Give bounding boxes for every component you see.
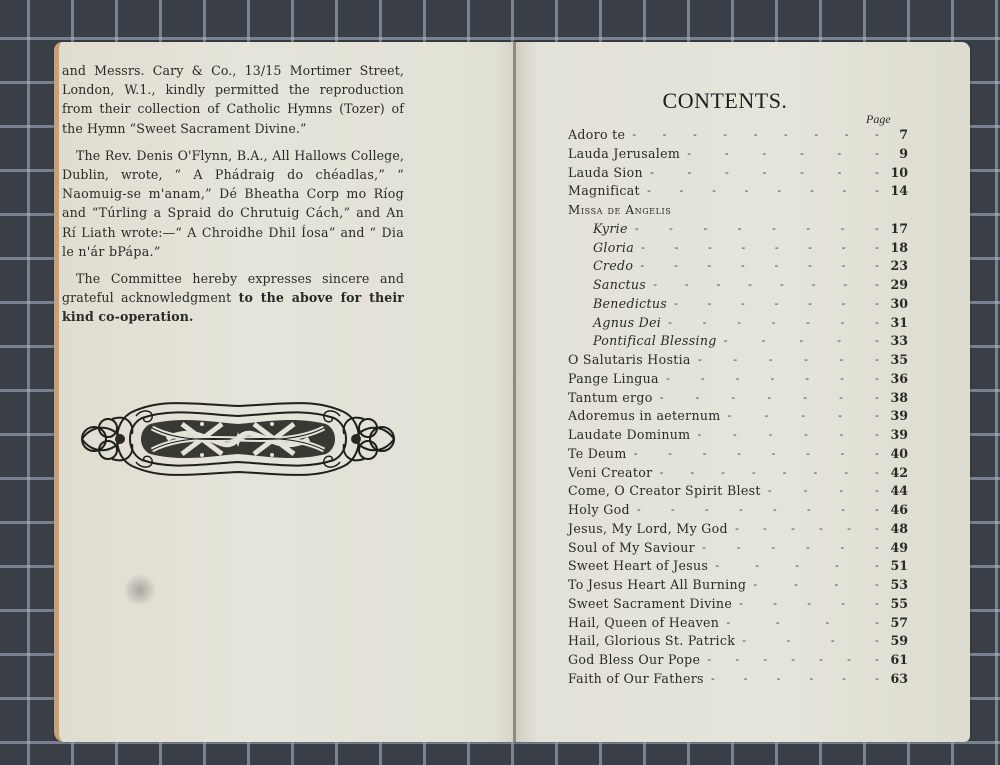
celtic-knot-ornament-icon (72, 394, 404, 484)
toc-entry[interactable]: Adoremus in aeternum ----- 39 (568, 407, 908, 426)
toc-entry-page: 63 (886, 670, 908, 689)
toc-entry-title: Veni Creator (568, 464, 652, 483)
toc-entry-page: 29 (886, 276, 908, 295)
toc-leader-dots: ----- (738, 595, 880, 614)
toc-entry-page: 35 (886, 351, 908, 370)
toc-leader-dots: -------- (636, 501, 880, 520)
toc-subentry[interactable]: Sanctus -------- 29 (568, 276, 908, 295)
toc-entry-title: Gloria (593, 239, 634, 258)
toc-leader-dots: ----- (727, 407, 880, 426)
toc-leader-dots: ----- (714, 557, 880, 576)
toc-entry[interactable]: Tantum ergo ------- 38 (568, 389, 908, 408)
toc-leader-dots: -------- (634, 220, 880, 239)
toc-entry-title: Magnificat (568, 182, 640, 201)
toc-leader-dots: ------- (649, 164, 880, 183)
toc-subentry[interactable]: Pontifical Blessing ----- 33 (568, 332, 908, 351)
contents-heading: CONTENTS. (615, 88, 835, 114)
toc-entry-page: 17 (886, 220, 908, 239)
toc-entry[interactable]: Te Deum -------- 40 (568, 445, 908, 464)
toc-entry[interactable]: Hail, Glorious St. Patrick ---- 59 (568, 632, 908, 651)
toc-subentry[interactable]: Credo -------- 23 (568, 257, 908, 276)
toc-entry[interactable]: Sweet Heart of Jesus ----- 51 (568, 557, 908, 576)
toc-leader-dots: ------- (673, 295, 880, 314)
toc-entry[interactable]: Pange Lingua ------- 36 (568, 370, 908, 389)
page-column-label: Page (866, 112, 891, 127)
toc-entry[interactable]: O Salutaris Hostia ------ 35 (568, 351, 908, 370)
toc-entry-title: Hail, Queen of Heaven (568, 614, 719, 633)
toc-entry-page: 23 (886, 257, 908, 276)
irish-title-2: “Túrling a Spraid do Chrutuig Cách,” (92, 205, 350, 220)
paragraph-2-connector: and (350, 205, 386, 220)
toc-entry-title: Sanctus (593, 276, 646, 295)
toc-entry[interactable]: Laudate Dominum ------ 39 (568, 426, 908, 445)
toc-entry-title: Come, O Creator Spirit Blest (568, 482, 761, 501)
toc-leader-dots: -------- (652, 276, 880, 295)
paragraph-2-connector: wrote:— (116, 225, 175, 240)
toc-entry-title: Adoro te (568, 126, 625, 145)
toc-leader-dots: --------- (631, 126, 880, 145)
toc-entry[interactable]: Lauda Sion ------- 10 (568, 164, 908, 183)
toc-entry-title: Laudate Dominum (568, 426, 690, 445)
toc-entry[interactable]: To Jesus Heart All Burning ---- 53 (568, 576, 908, 595)
toc-entry-title: Lauda Sion (568, 164, 643, 183)
toc-entry-title: Lauda Jerusalem (568, 145, 680, 164)
book-gutter (513, 42, 516, 742)
toc-entry-page: 49 (886, 539, 908, 558)
toc-leader-dots: ---- (741, 632, 880, 651)
toc-leader-dots: ------ (697, 351, 880, 370)
toc-leader-dots: -------- (639, 257, 880, 276)
toc-leader-dots: ------- (706, 651, 880, 670)
toc-entry[interactable]: Veni Creator -------- 42 (568, 464, 908, 483)
toc-leader-dots: ------- (659, 389, 880, 408)
toc-entry-title: Sweet Heart of Jesus (568, 557, 708, 576)
toc-entry-page: 53 (886, 576, 908, 595)
toc-entry[interactable]: Jesus, My Lord, My God ------ 48 (568, 520, 908, 539)
toc-entry-title: To Jesus Heart All Burning (568, 576, 746, 595)
toc-leader-dots: -------- (633, 445, 880, 464)
toc-entry-title: Jesus, My Lord, My God (568, 520, 728, 539)
toc-entry-page: 9 (886, 145, 908, 164)
toc-leader-dots: ------ (696, 426, 880, 445)
toc-entry[interactable]: God Bless Our Pope ------- 61 (568, 651, 908, 670)
toc-entry-title: Agnus Dei (593, 314, 661, 333)
toc-entry-page: 39 (886, 426, 908, 445)
toc-entry-title: Pange Lingua (568, 370, 659, 389)
toc-entry-page: 33 (886, 332, 908, 351)
toc-entry-page: 39 (886, 407, 908, 426)
toc-entry-title: O Salutaris Hostia (568, 351, 691, 370)
toc-leader-dots: ---- (725, 614, 880, 633)
toc-entry-title: Te Deum (568, 445, 627, 464)
toc-leader-dots: -------- (646, 182, 880, 201)
toc-subentry[interactable]: Gloria -------- 18 (568, 239, 908, 258)
irish-title-3: “ A Chroidhe Dhil Íosa” (175, 225, 335, 240)
toc-entry-title: Hail, Glorious St. Patrick (568, 632, 735, 651)
toc-leader-dots: ------ (734, 520, 880, 539)
toc-leader-dots: ------ (686, 145, 880, 164)
toc-entry-title: Faith of Our Fathers (568, 670, 704, 689)
toc-entry[interactable]: Soul of My Saviour ------ 49 (568, 539, 908, 558)
toc-subentry[interactable]: Agnus Dei ------- 31 (568, 314, 908, 333)
toc-entry[interactable]: Faith of Our Fathers ------ 63 (568, 670, 908, 689)
toc-entry[interactable]: Holy God -------- 46 (568, 501, 908, 520)
toc-entry-title: Credo (593, 257, 633, 276)
acknowledgment-paragraph-3: The Committee hereby expresses sincere a… (62, 269, 404, 327)
toc-entry-page: 40 (886, 445, 908, 464)
toc-entry[interactable]: Sweet Sacrament Divine ----- 55 (568, 595, 908, 614)
table-of-contents: Adoro te --------- 7 Lauda Jerusalem ---… (568, 126, 908, 689)
toc-leader-dots: -------- (640, 239, 880, 258)
toc-leader-dots: ---- (767, 482, 880, 501)
toc-entry[interactable]: Hail, Queen of Heaven ---- 57 (568, 614, 908, 633)
ink-smudge (124, 574, 156, 606)
toc-leader-dots: -------- (658, 464, 880, 483)
toc-subentry[interactable]: Benedictus ------- 30 (568, 295, 908, 314)
toc-entry-page: 42 (886, 464, 908, 483)
toc-entry-title: Holy God (568, 501, 630, 520)
toc-entry-page: 55 (886, 595, 908, 614)
toc-entry-page: 51 (886, 557, 908, 576)
toc-entry-page: 38 (886, 389, 908, 408)
toc-entry-title: Adoremus in aeternum (568, 407, 721, 426)
toc-entry[interactable]: Come, O Creator Spirit Blest ---- 44 (568, 482, 908, 501)
toc-leader-dots: ----- (723, 332, 880, 351)
toc-leader-dots: ---- (752, 576, 880, 595)
paragraph-2-connector: and (62, 205, 92, 220)
acknowledgment-paragraph-1: and Messrs. Cary & Co., 13/15 Mortimer S… (62, 61, 404, 138)
toc-entry-page: 14 (886, 182, 908, 201)
toc-entry-page: 30 (886, 295, 908, 314)
toc-subentry[interactable]: Kyrie -------- 17 (568, 220, 908, 239)
toc-entry-page: 7 (886, 126, 908, 145)
toc-leader-dots: ------ (701, 539, 880, 558)
section-heading-missa: Missa de Angelis (568, 201, 908, 220)
toc-entry-page: 61 (886, 651, 908, 670)
toc-entry-title: Sweet Sacrament Divine (568, 595, 732, 614)
toc-leader-dots: ------- (665, 370, 880, 389)
toc-entry-title: Pontifical Blessing (593, 332, 717, 351)
acknowledgment-paragraph-2: The Rev. Denis O'Flynn, B.A., All Hallow… (62, 146, 404, 261)
paragraph-2-connector: and (336, 225, 370, 240)
toc-entry-page: 36 (886, 370, 908, 389)
toc-entry-page: 44 (886, 482, 908, 501)
toc-leader-dots: ------ (710, 670, 880, 689)
toc-entry[interactable]: Adoro te --------- 7 (568, 126, 908, 145)
toc-leader-dots: ------- (667, 314, 880, 333)
toc-entry-page: 10 (886, 164, 908, 183)
toc-entry-page: 18 (886, 239, 908, 258)
toc-entry-page: 46 (886, 501, 908, 520)
toc-entry-page: 57 (886, 614, 908, 633)
toc-entry[interactable]: Lauda Jerusalem ------ 9 (568, 145, 908, 164)
toc-entry-page: 31 (886, 314, 908, 333)
toc-entry-title: Benedictus (593, 295, 667, 314)
toc-entry-title: God Bless Our Pope (568, 651, 700, 670)
toc-entry-title: Tantum ergo (568, 389, 653, 408)
toc-entry-title: Kyrie (593, 220, 628, 239)
toc-entry-title: Soul of My Saviour (568, 539, 695, 558)
toc-entry-page: 59 (886, 632, 908, 651)
acknowledgments-text: and Messrs. Cary & Co., 13/15 Mortimer S… (62, 61, 404, 335)
toc-entry[interactable]: Magnificat -------- 14 (568, 182, 908, 201)
toc-entry-page: 48 (886, 520, 908, 539)
